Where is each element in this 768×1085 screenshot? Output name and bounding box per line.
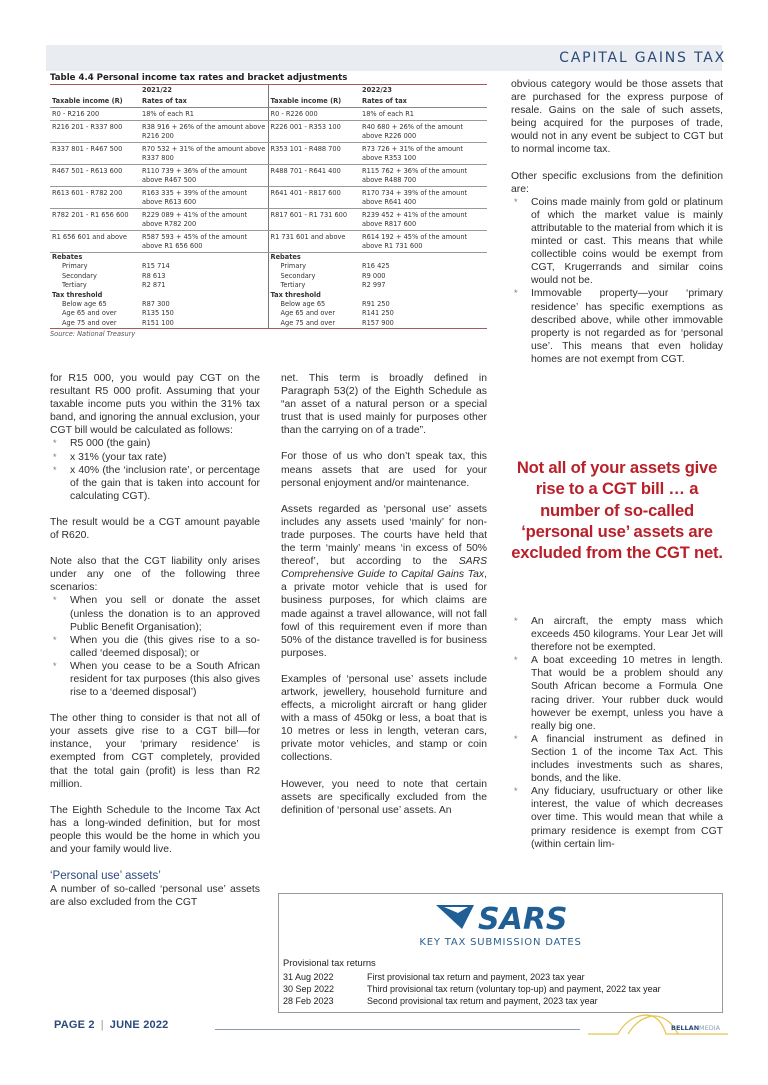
box-section-label: Provisional tax returns <box>283 957 376 968</box>
rebate-value: R9 000 <box>360 272 487 281</box>
page-footer: PAGE 2|JUNE 2022 <box>54 1019 168 1031</box>
tax-rate: R587 593 + 45% of the amount above R1 65… <box>140 231 268 253</box>
exclusion-list: Coins made mainly from gold or platinum … <box>511 196 723 366</box>
paragraph: net. This term is broadly defined in Par… <box>281 372 487 437</box>
rebate-value: R2 871 <box>140 281 268 290</box>
threshold-row: Age 75 and over R151 100 Age 75 and over… <box>50 319 487 329</box>
key-tax-dates-box: SARS KEY TAX SUBMISSION DATES Provisiona… <box>278 893 723 1013</box>
pull-quote: Not all of your assets give rise to a CG… <box>511 457 723 563</box>
rebate-value: R2 997 <box>360 281 487 290</box>
threshold-row: Below age 65 R87 300 Below age 65 R91 25… <box>50 300 487 309</box>
income-band: R1 656 601 and above <box>50 231 140 253</box>
issue-date: JUNE 2022 <box>110 1019 169 1031</box>
tax-rate: R70 532 + 31% of the amount above R337 8… <box>140 143 268 165</box>
threshold-label: Age 75 and over <box>50 319 140 329</box>
list-item: x 40% (the ‘inclusion rate’, or percenta… <box>50 464 260 503</box>
column-header: Taxable income (R) <box>50 96 140 108</box>
date-description: First provisional tax return and payment… <box>367 972 585 982</box>
list-item: Coins made mainly from gold or platinum … <box>511 196 723 288</box>
bellan-media-logo-icon: BELLAN MEDIA <box>588 1012 728 1040</box>
tax-rates-table: Table 4.4 Personal income tax rates and … <box>50 73 487 338</box>
rebate-label: Secondary <box>268 272 360 281</box>
table-row: R216 201 - R337 800 R38 916 + 26% of the… <box>50 121 487 143</box>
date-row: 28 Feb 2023 Second provisional tax retur… <box>283 996 598 1006</box>
tax-rate: R73 726 + 31% of the amount above R353 1… <box>360 143 487 165</box>
income-band: R226 001 - R353 100 <box>268 121 360 143</box>
paragraph: The other thing to consider is that not … <box>50 712 260 791</box>
tax-rate: 18% of each R1 <box>140 108 268 121</box>
paragraph: for R15 000, you would pay CGT on the re… <box>50 372 260 437</box>
page-number: PAGE 2 <box>54 1019 95 1031</box>
income-band: R0 - R226 000 <box>268 108 360 121</box>
date-row: 30 Sep 2022 Third provisional tax return… <box>283 984 661 994</box>
threshold-label: Age 75 and over <box>268 319 360 329</box>
rebates-heading: Rebates <box>50 253 268 263</box>
threshold-row: Age 65 and over R135 150 Age 65 and over… <box>50 309 487 318</box>
tax-rate: R163 335 + 39% of the amount above R613 … <box>140 187 268 209</box>
rebate-value: R15 714 <box>140 262 268 271</box>
paragraph: The result would be a CGT amount payable… <box>50 516 260 542</box>
income-band: R353 101 - R488 700 <box>268 143 360 165</box>
rebate-label: Secondary <box>50 272 140 281</box>
income-band: R817 601 - R1 731 600 <box>268 209 360 231</box>
rebate-row: Secondary R8 613 Secondary R9 000 <box>50 272 487 281</box>
paragraph: Assets regarded as ‘personal use’ assets… <box>281 503 487 660</box>
table-row: R467 501 - R613 600 R110 739 + 36% of th… <box>50 165 487 187</box>
income-band: R467 501 - R613 600 <box>50 165 140 187</box>
rebates-heading: Rebates <box>268 253 487 263</box>
list-item: x 31% (your tax rate) <box>50 451 260 464</box>
threshold-label: Below age 65 <box>268 300 360 309</box>
column-header: Rates of tax <box>360 96 487 108</box>
paragraph: However, you need to note that certain a… <box>281 778 487 817</box>
year-label: 2022/23 <box>360 85 487 96</box>
rebate-row: Primary R15 714 Primary R16 425 <box>50 262 487 271</box>
date: 31 Aug 2022 <box>283 972 367 982</box>
rebate-label: Primary <box>268 262 360 271</box>
rebate-value: R8 613 <box>140 272 268 281</box>
paragraph: Note also that the CGT liability only ar… <box>50 555 260 594</box>
paragraph: A number of so-called ‘personal use’ ass… <box>50 883 260 909</box>
article-column-3: obvious category would be those assets t… <box>511 78 723 379</box>
article-column-3-continued: An aircraft, the empty mass which exceed… <box>511 615 723 864</box>
threshold-label: Age 65 and over <box>50 309 140 318</box>
article-column-2: net. This term is broadly defined in Par… <box>281 372 487 830</box>
box-title: KEY TAX SUBMISSION DATES <box>279 937 722 948</box>
threshold-value: R135 150 <box>140 309 268 318</box>
footer-rule <box>215 1029 580 1030</box>
list-item: A financial instrument as defined in Sec… <box>511 733 723 785</box>
list-item: A boat exceeding 10 metres in length. Th… <box>511 654 723 733</box>
tax-rate: R239 452 + 41% of the amount above R817 … <box>360 209 487 231</box>
date-description: Third provisional tax return (voluntary … <box>367 984 661 994</box>
tax-rate: R40 680 + 26% of the amount above R226 0… <box>360 121 487 143</box>
tax-rate: 18% of each R1 <box>360 108 487 121</box>
date: 28 Feb 2023 <box>283 996 367 1006</box>
column-header: Rates of tax <box>140 96 268 108</box>
paragraph: Examples of ‘personal use’ assets includ… <box>281 673 487 765</box>
text-span: , a private motor vehicle that is used f… <box>281 569 487 659</box>
tax-rate: R614 192 + 45% of the amount above R1 73… <box>360 231 487 253</box>
income-band: R613 601 - R782 200 <box>50 187 140 209</box>
table-row: R337 801 - R467 500 R70 532 + 31% of the… <box>50 143 487 165</box>
income-band: R216 201 - R337 800 <box>50 121 140 143</box>
paragraph: Other specific exclusions from the defin… <box>511 170 723 196</box>
tax-rate: R229 089 + 41% of the amount above R782 … <box>140 209 268 231</box>
paragraph: obvious category would be those assets t… <box>511 78 723 157</box>
tax-rate: R115 762 + 36% of the amount above R488 … <box>360 165 487 187</box>
income-band: R488 701 - R641 400 <box>268 165 360 187</box>
threshold-value: R157 900 <box>360 319 487 329</box>
exclusion-list: An aircraft, the empty mass which exceed… <box>511 615 723 851</box>
list-item: An aircraft, the empty mass which exceed… <box>511 615 723 654</box>
date: 30 Sep 2022 <box>283 984 367 994</box>
list-item: R5 000 (the gain) <box>50 437 260 450</box>
table-source: Source: National Treasury <box>50 330 487 338</box>
tax-rate: R170 734 + 39% of the amount above R641 … <box>360 187 487 209</box>
income-band: R782 201 - R1 656 600 <box>50 209 140 231</box>
paragraph: The Eighth Schedule to the Income Tax Ac… <box>50 804 260 856</box>
year-label: 2021/22 <box>140 85 268 96</box>
table-row: R1 656 601 and above R587 593 + 45% of t… <box>50 231 487 253</box>
rebate-value: R16 425 <box>360 262 487 271</box>
svg-text:BELLAN: BELLAN <box>671 1024 699 1032</box>
calculation-list: R5 000 (the gain) x 31% (your tax rate) … <box>50 437 260 502</box>
threshold-heading: Tax threshold <box>268 291 487 300</box>
date-row: 31 Aug 2022 First provisional tax return… <box>283 972 585 982</box>
svg-text:SARS: SARS <box>478 902 568 933</box>
svg-text:MEDIA: MEDIA <box>699 1024 721 1032</box>
section-title: CAPITAL GAINS TAX <box>559 50 726 66</box>
column-header: Taxable income (R) <box>268 96 360 108</box>
income-band: R337 801 - R467 500 <box>50 143 140 165</box>
threshold-label: Below age 65 <box>50 300 140 309</box>
income-band: R641 401 - R817 600 <box>268 187 360 209</box>
threshold-label: Age 65 and over <box>268 309 360 318</box>
scenario-list: When you sell or donate the asset (unles… <box>50 594 260 699</box>
tax-rate: R38 916 + 26% of the amount above R216 2… <box>140 121 268 143</box>
threshold-value: R151 100 <box>140 319 268 329</box>
income-band: R0 - R216 200 <box>50 108 140 121</box>
threshold-heading: Tax threshold <box>50 291 268 300</box>
subheading: ‘Personal use’ assets’ <box>50 869 260 883</box>
text-span: Assets regarded as ‘personal use’ assets… <box>281 504 487 567</box>
rebate-row: Tertiary R2 871 Tertiary R2 997 <box>50 281 487 290</box>
list-item: When you cease to be a South African res… <box>50 660 260 699</box>
income-band: R1 731 601 and above <box>268 231 360 253</box>
rebate-label: Tertiary <box>268 281 360 290</box>
tax-rate: R110 739 + 36% of the amount above R467 … <box>140 165 268 187</box>
date-description: Second provisional tax return and paymen… <box>367 996 598 1006</box>
list-item: Any fiduciary, usufructuary or other lik… <box>511 785 723 850</box>
paragraph: For those of us who don’t speak tax, thi… <box>281 450 487 489</box>
rebate-label: Tertiary <box>50 281 140 290</box>
rebate-label: Primary <box>50 262 140 271</box>
threshold-value: R91 250 <box>360 300 487 309</box>
table-row: R613 601 - R782 200 R163 335 + 39% of th… <box>50 187 487 209</box>
list-item: When you sell or donate the asset (unles… <box>50 594 260 633</box>
table-row: R0 - R216 200 18% of each R1 R0 - R226 0… <box>50 108 487 121</box>
list-item: When you die (this gives rise to a so-ca… <box>50 634 260 660</box>
list-item: Immovable property—your ‘primary residen… <box>511 287 723 366</box>
article-column-1: for R15 000, you would pay CGT on the re… <box>50 372 260 922</box>
table-row: R782 201 - R1 656 600 R229 089 + 41% of … <box>50 209 487 231</box>
threshold-value: R87 300 <box>140 300 268 309</box>
sars-logo-icon: SARS <box>434 899 574 933</box>
threshold-value: R141 250 <box>360 309 487 318</box>
table-title: Table 4.4 Personal income tax rates and … <box>50 73 487 85</box>
